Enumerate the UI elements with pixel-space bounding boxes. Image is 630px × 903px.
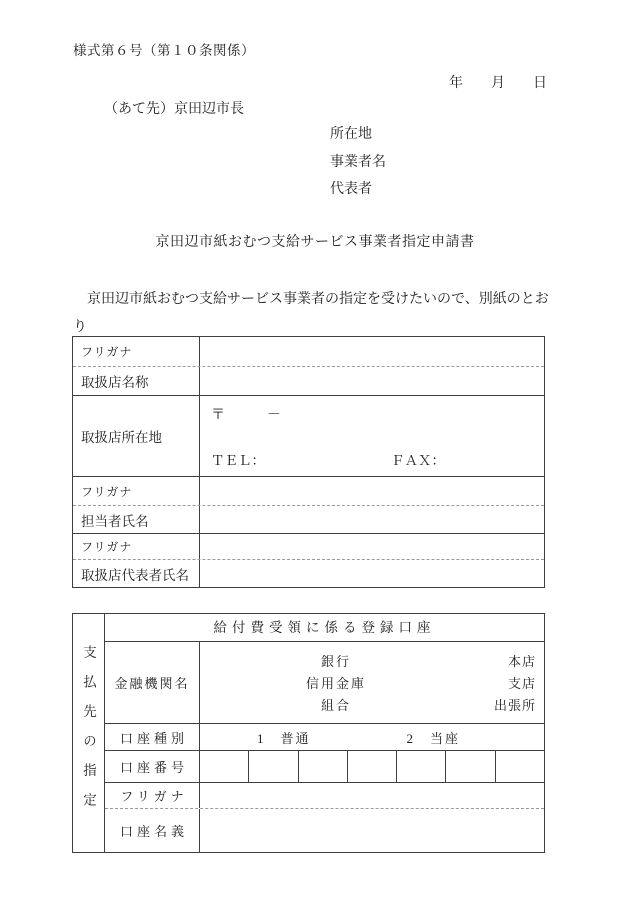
- head-office-option: 本店: [508, 651, 536, 670]
- store-address-field: 〒 － ＴＥＬ： ＦＡＸ：: [200, 396, 544, 476]
- sender-business-name-label: 事業者名: [330, 149, 386, 177]
- tel-field: ＴＥＬ：: [211, 453, 265, 468]
- account-furigana-row: フリガナ: [105, 783, 544, 809]
- account-number-cell: [348, 751, 397, 782]
- payment-account-table: 支払先の指定 給付費受領に係る登録口座 金融機関名 銀行 本店 信用金庫 支店 …: [72, 613, 545, 853]
- account-number-label: 口座番号: [105, 751, 200, 782]
- account-number-cell: [200, 751, 249, 782]
- store-name-field: [200, 367, 544, 395]
- association-option-line: 組合 出張所: [200, 695, 544, 714]
- table-row: フリガナ: [73, 476, 544, 505]
- payment-designation-side-cell: 支払先の指定: [73, 614, 105, 852]
- sender-block: 所在地 事業者名 代表者: [330, 121, 386, 204]
- document-title: 京田辺市紙おむつ支給サービス事業者指定申請書: [0, 231, 630, 251]
- store-name-furigana-field: [200, 337, 544, 366]
- account-type-label: 口座種別: [105, 724, 200, 750]
- sender-location-label: 所在地: [330, 121, 386, 149]
- branch-option: 支店: [508, 673, 536, 692]
- account-furigana-label: フリガナ: [105, 783, 200, 808]
- store-address-label: 取扱店所在地: [73, 396, 200, 476]
- account-number-field: [200, 751, 544, 782]
- account-number-cell: [249, 751, 298, 782]
- account-table-main: 給付費受領に係る登録口座 金融機関名 銀行 本店 信用金庫 支店 組合 出張所: [105, 614, 544, 852]
- sub-branch-option: 出張所: [494, 695, 536, 714]
- account-type-ordinary-option: 1 普通: [257, 728, 311, 747]
- financial-institution-label: 金融機関名: [105, 642, 200, 723]
- financial-institution-field: 銀行 本店 信用金庫 支店 組合 出張所: [200, 642, 544, 723]
- association-option: 組合: [200, 695, 544, 714]
- tel-fax-line: ＴＥＬ： ＦＡＸ：: [211, 449, 265, 469]
- store-representative-label: 取扱店代表者氏名: [73, 560, 200, 587]
- account-name-row: 口座名義: [105, 809, 544, 852]
- store-info-table: フリガナ 取扱店名称 取扱店所在地 〒 － ＴＥＬ： ＦＡＸ： フリガナ 担当者…: [72, 336, 545, 588]
- addressee: （あて先）京田辺市長: [104, 98, 244, 118]
- account-name-field: [200, 809, 544, 852]
- account-number-cell: [299, 751, 348, 782]
- furigana-label: フリガナ: [73, 534, 200, 559]
- furigana-label: フリガナ: [73, 337, 200, 366]
- table-row: フリガナ: [73, 533, 544, 559]
- postal-code-field: 〒 －: [211, 404, 281, 424]
- bank-option: 銀行: [200, 651, 544, 670]
- account-type-row: 口座種別 1 普通 2 当座: [105, 724, 544, 751]
- account-furigana-field: [200, 783, 544, 808]
- credit-union-option-line: 信用金庫 支店: [200, 673, 544, 692]
- contact-person-label: 担当者氏名: [73, 506, 200, 533]
- representative-name-field: [200, 560, 544, 587]
- sender-representative-label: 代表者: [330, 176, 386, 204]
- application-form-page: 様式第６号（第１０条関係） 年 月 日 （あて先）京田辺市長 所在地 事業者名 …: [0, 0, 630, 903]
- furigana-label: フリガナ: [73, 477, 200, 505]
- table-row: 取扱店所在地 〒 － ＴＥＬ： ＦＡＸ：: [73, 395, 544, 476]
- account-type-current-option: 2 当座: [407, 728, 461, 747]
- table-row: 取扱店代表者氏名: [73, 559, 544, 587]
- table-row: 取扱店名称: [73, 366, 544, 395]
- financial-institution-row: 金融機関名 銀行 本店 信用金庫 支店 組合 出張所: [105, 642, 544, 724]
- account-name-label: 口座名義: [105, 809, 200, 852]
- account-number-row: 口座番号: [105, 751, 544, 783]
- account-type-field: 1 普通 2 当座: [200, 724, 544, 750]
- credit-union-option: 信用金庫: [200, 673, 544, 692]
- account-number-cell: [446, 751, 495, 782]
- table-row: 担当者氏名: [73, 505, 544, 533]
- statement-line-1: 京田辺市紙おむつ支給サービス事業者の指定を受けたいので、別紙のとおり: [73, 286, 549, 341]
- contact-person-field: [200, 506, 544, 533]
- store-name-label: 取扱店名称: [73, 367, 200, 395]
- representative-furigana-field: [200, 534, 544, 559]
- table-row: フリガナ: [73, 337, 544, 366]
- account-number-cell: [496, 751, 544, 782]
- bank-option-line: 銀行 本店: [200, 651, 544, 670]
- fax-field: ＦＡＸ：: [391, 449, 445, 469]
- payment-designation-label: 支払先の指定: [73, 645, 104, 822]
- registered-account-header: 給付費受領に係る登録口座: [105, 614, 544, 642]
- account-number-cell: [397, 751, 446, 782]
- form-number: 様式第６号（第１０条関係）: [73, 39, 255, 59]
- contact-person-furigana-field: [200, 477, 544, 505]
- date-line: 年 月 日: [449, 72, 547, 92]
